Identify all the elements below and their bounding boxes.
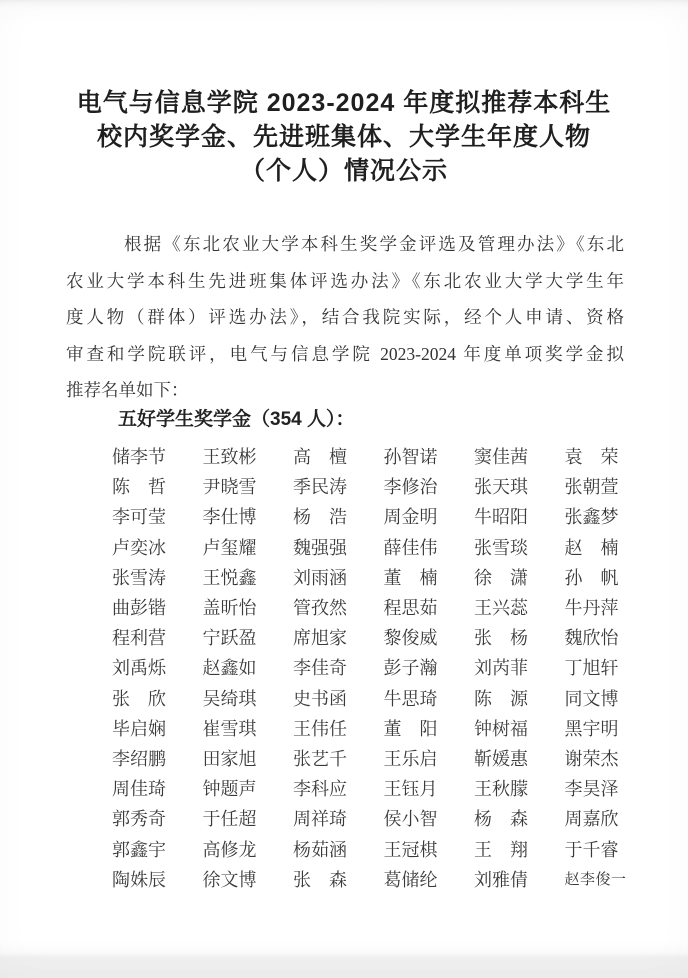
- student-name: 张雪琰: [474, 534, 528, 560]
- student-name: 陈源: [474, 685, 528, 711]
- student-name: 刘雅倩: [474, 866, 528, 892]
- student-name: 窦佳茜: [474, 443, 528, 469]
- name-cell: 李佳奇: [293, 654, 384, 680]
- name-cell: 杨浩: [293, 503, 384, 529]
- student-name: 张艺千: [293, 745, 347, 771]
- student-name: 曲彭锴: [112, 594, 166, 620]
- name-row: 李绍鹏田家旭张艺千王乐启靳媛惠谢荣杰: [112, 743, 658, 773]
- name-cell: 周嘉欣: [565, 805, 656, 831]
- name-cell: 钟题声: [203, 775, 294, 801]
- name-row: 周佳琦钟题声李科应王钰月王秋朦李昊泽: [112, 773, 658, 803]
- student-name: 田家旭: [203, 745, 257, 771]
- student-name: 张欣: [112, 685, 166, 711]
- name-cell: 陈源: [474, 685, 565, 711]
- document-photo-page: 电气与信息学院 2023-2024 年度拟推荐本科生 校内奖学金、先进班集体、大…: [0, 0, 688, 978]
- names-table: 储李节王致彬高檀孙智诺窦佳茜袁荣陈哲尹晓雪季民涛李修治张天琪张朝萱李可莹李仕博杨…: [112, 441, 658, 894]
- name-cell: 尹晓雪: [203, 473, 294, 499]
- name-cell: 郭秀奇: [112, 805, 203, 831]
- student-name: 牛丹萍: [565, 594, 619, 620]
- student-name: 张森: [293, 866, 347, 892]
- name-cell: 刘雨涵: [293, 564, 384, 590]
- student-name: 王致彬: [203, 443, 257, 469]
- student-name: 王冠棋: [384, 836, 438, 862]
- name-cell: 刘禹烁: [112, 654, 203, 680]
- name-cell: 葛储纶: [384, 866, 475, 892]
- announcement-paragraph: 根据《东北农业大学本科生奖学金评选及管理办法》《东北 农业大学本科生先进班集体评…: [66, 226, 624, 409]
- student-name: 王翔: [474, 836, 528, 862]
- name-row: 储李节王致彬高檀孙智诺窦佳茜袁荣: [112, 441, 658, 471]
- student-name: 周金明: [384, 503, 438, 529]
- student-name: 谢荣杰: [565, 745, 619, 771]
- student-name: 管孜然: [293, 594, 347, 620]
- name-cell: 李修治: [384, 473, 475, 499]
- student-name: 杨森: [474, 805, 528, 831]
- name-cell: 席旭家: [293, 624, 384, 650]
- name-cell: 侯小智: [384, 805, 475, 831]
- student-name: 王乐启: [384, 745, 438, 771]
- paragraph-line-3: 度人物（群体）评选办法》，结合我院实际，经个人申请、资格: [66, 299, 624, 336]
- name-cell: 王秋朦: [474, 775, 565, 801]
- student-name: 程思茹: [384, 594, 438, 620]
- student-name: 李绍鹏: [112, 745, 166, 771]
- name-cell: 刘雅倩: [474, 866, 565, 892]
- student-name: 李科应: [293, 775, 347, 801]
- name-row: 卢奕冰卢玺耀魏强强薛佳伟张雪琰赵楠: [112, 532, 658, 562]
- name-cell: 薛佳伟: [384, 534, 475, 560]
- student-name: 高修龙: [203, 836, 257, 862]
- student-name: 刘禹烁: [112, 654, 166, 680]
- name-cell: 袁荣: [565, 443, 656, 469]
- name-row: 陶姝辰徐文博张森葛储纶刘雅倩赵李俊一: [112, 864, 658, 894]
- name-cell: 张森: [293, 866, 384, 892]
- name-cell: 王钰月: [384, 775, 475, 801]
- name-cell: 张杨: [474, 624, 565, 650]
- name-row: 张雪涛王悦鑫刘雨涵董楠徐潇孙帆: [112, 562, 658, 592]
- name-cell: 黎俊威: [384, 624, 475, 650]
- name-cell: 赵李俊一: [565, 868, 656, 889]
- student-name: 张雪涛: [112, 564, 166, 590]
- student-name: 董楠: [384, 564, 438, 590]
- name-cell: 卢玺耀: [203, 534, 294, 560]
- name-cell: 宁跃盈: [203, 624, 294, 650]
- student-name: 卢奕冰: [112, 534, 166, 560]
- name-cell: 丁旭轩: [565, 654, 656, 680]
- student-name: 彭子瀚: [384, 654, 438, 680]
- student-name: 魏欣怡: [565, 624, 619, 650]
- student-name: 袁荣: [565, 443, 619, 469]
- name-cell: 窦佳茜: [474, 443, 565, 469]
- name-cell: 张雪琰: [474, 534, 565, 560]
- student-name: 侯小智: [384, 805, 438, 831]
- student-name: 王钰月: [384, 775, 438, 801]
- name-cell: 牛昭阳: [474, 503, 565, 529]
- student-name: 孙帆: [565, 564, 619, 590]
- student-name: 王悦鑫: [203, 564, 257, 590]
- name-cell: 王伟任: [293, 715, 384, 741]
- name-row: 程利营宁跃盈席旭家黎俊威张杨魏欣怡: [112, 622, 658, 652]
- name-cell: 程利营: [112, 624, 203, 650]
- name-cell: 董阳: [384, 715, 475, 741]
- name-cell: 张朝萱: [565, 473, 656, 499]
- name-row: 李可莹李仕博杨浩周金明牛昭阳张鑫梦: [112, 501, 658, 531]
- student-name: 丁旭轩: [565, 654, 619, 680]
- student-name: 郭秀奇: [112, 805, 166, 831]
- name-cell: 杨茹涵: [293, 836, 384, 862]
- student-name: 李昊泽: [565, 775, 619, 801]
- name-cell: 高檀: [293, 443, 384, 469]
- student-name: 牛昭阳: [474, 503, 528, 529]
- student-name: 葛储纶: [384, 866, 438, 892]
- student-name: 陈哲: [112, 473, 166, 499]
- student-name: 黎俊威: [384, 624, 438, 650]
- paragraph-line-2: 农业大学本科生先进班集体评选办法》《东北农业大学大学生年: [66, 263, 624, 300]
- student-name: 史书函: [293, 685, 347, 711]
- student-name: 黑宇明: [565, 715, 619, 741]
- name-row: 刘禹烁赵鑫如李佳奇彭子瀚刘芮菲丁旭轩: [112, 652, 658, 682]
- name-cell: 吴绮琪: [203, 685, 294, 711]
- student-name: 同文博: [565, 685, 619, 711]
- name-cell: 董楠: [384, 564, 475, 590]
- student-name: 赵李俊一: [565, 868, 627, 889]
- name-cell: 季民涛: [293, 473, 384, 499]
- name-row: 毕启娴崔雪琪王伟任董阳钟树福黑宇明: [112, 713, 658, 743]
- name-cell: 李昊泽: [565, 775, 656, 801]
- name-cell: 管孜然: [293, 594, 384, 620]
- name-cell: 周佳琦: [112, 775, 203, 801]
- student-name: 周祥琦: [293, 805, 347, 831]
- student-name: 卢玺耀: [203, 534, 257, 560]
- student-name: 张鑫梦: [565, 503, 619, 529]
- student-name: 刘雨涵: [293, 564, 347, 590]
- student-name: 周嘉欣: [565, 805, 619, 831]
- name-cell: 崔雪琪: [203, 715, 294, 741]
- student-name: 崔雪琪: [203, 715, 257, 741]
- name-cell: 魏欣怡: [565, 624, 656, 650]
- student-name: 季民涛: [293, 473, 347, 499]
- name-cell: 徐文博: [203, 866, 294, 892]
- section-heading: 五好学生奖学金（354 人）：: [118, 404, 354, 431]
- name-cell: 靳媛惠: [474, 745, 565, 771]
- name-cell: 李绍鹏: [112, 745, 203, 771]
- name-cell: 张天琪: [474, 473, 565, 499]
- student-name: 薛佳伟: [384, 534, 438, 560]
- name-cell: 王兴蕊: [474, 594, 565, 620]
- student-name: 王秋朦: [474, 775, 528, 801]
- name-cell: 张雪涛: [112, 564, 203, 590]
- document-title: 电气与信息学院 2023-2024 年度拟推荐本科生 校内奖学金、先进班集体、大…: [40, 86, 648, 188]
- name-cell: 李仕博: [203, 503, 294, 529]
- student-name: 程利营: [112, 624, 166, 650]
- name-cell: 杨森: [474, 805, 565, 831]
- student-name: 储李节: [112, 443, 166, 469]
- student-name: 张杨: [474, 624, 528, 650]
- name-row: 郭秀奇于任超周祥琦侯小智杨森周嘉欣: [112, 803, 658, 833]
- student-name: 李修治: [384, 473, 438, 499]
- name-cell: 牛丹萍: [565, 594, 656, 620]
- name-cell: 王悦鑫: [203, 564, 294, 590]
- student-name: 于千睿: [565, 836, 619, 862]
- student-name: 盖昕怡: [203, 594, 257, 620]
- student-name: 钟树福: [474, 715, 528, 741]
- name-cell: 赵楠: [565, 534, 656, 560]
- name-cell: 陈哲: [112, 473, 203, 499]
- name-cell: 卢奕冰: [112, 534, 203, 560]
- name-cell: 毕启娴: [112, 715, 203, 741]
- name-cell: 王冠棋: [384, 836, 475, 862]
- student-name: 钟题声: [203, 775, 257, 801]
- student-name: 李可莹: [112, 503, 166, 529]
- student-name: 郭鑫宇: [112, 836, 166, 862]
- name-cell: 周金明: [384, 503, 475, 529]
- name-cell: 高修龙: [203, 836, 294, 862]
- student-name: 徐文博: [203, 866, 257, 892]
- name-row: 郭鑫宇高修龙杨茹涵王冠棋王翔于千睿: [112, 833, 658, 863]
- name-cell: 于任超: [203, 805, 294, 831]
- name-cell: 谢荣杰: [565, 745, 656, 771]
- student-name: 李佳奇: [293, 654, 347, 680]
- student-name: 杨茹涵: [293, 836, 347, 862]
- student-name: 高檀: [293, 443, 347, 469]
- name-cell: 李可莹: [112, 503, 203, 529]
- name-row: 陈哲尹晓雪季民涛李修治张天琪张朝萱: [112, 471, 658, 501]
- name-cell: 刘芮菲: [474, 654, 565, 680]
- name-cell: 赵鑫如: [203, 654, 294, 680]
- name-cell: 储李节: [112, 443, 203, 469]
- name-cell: 张鑫梦: [565, 503, 656, 529]
- name-row: 曲彭锴盖昕怡管孜然程思茹王兴蕊牛丹萍: [112, 592, 658, 622]
- name-cell: 钟树福: [474, 715, 565, 741]
- student-name: 杨浩: [293, 503, 347, 529]
- student-name: 牛思琦: [384, 685, 438, 711]
- name-cell: 徐潇: [474, 564, 565, 590]
- student-name: 宁跃盈: [203, 624, 257, 650]
- name-cell: 彭子瀚: [384, 654, 475, 680]
- name-cell: 程思茹: [384, 594, 475, 620]
- student-name: 毕启娴: [112, 715, 166, 741]
- student-name: 赵楠: [565, 534, 619, 560]
- name-cell: 陶姝辰: [112, 866, 203, 892]
- student-name: 吴绮琪: [203, 685, 257, 711]
- name-cell: 田家旭: [203, 745, 294, 771]
- name-cell: 周祥琦: [293, 805, 384, 831]
- student-name: 董阳: [384, 715, 438, 741]
- student-name: 周佳琦: [112, 775, 166, 801]
- name-cell: 张艺千: [293, 745, 384, 771]
- student-name: 王兴蕊: [474, 594, 528, 620]
- name-cell: 史书函: [293, 685, 384, 711]
- student-name: 魏强强: [293, 534, 347, 560]
- title-line-1: 电气与信息学院 2023-2024 年度拟推荐本科生: [40, 86, 648, 120]
- student-name: 王伟任: [293, 715, 347, 741]
- student-name: 张朝萱: [565, 473, 619, 499]
- name-cell: 孙智诺: [384, 443, 475, 469]
- name-cell: 黑宇明: [565, 715, 656, 741]
- student-name: 孙智诺: [384, 443, 438, 469]
- paragraph-line-1: 根据《东北农业大学本科生奖学金评选及管理办法》《东北: [66, 226, 624, 263]
- name-cell: 同文博: [565, 685, 656, 711]
- name-cell: 张欣: [112, 685, 203, 711]
- paragraph-line-4: 审查和学院联评，电气与信息学院 2023-2024 年度单项奖学金拟: [66, 336, 624, 373]
- name-cell: 李科应: [293, 775, 384, 801]
- title-line-2: 校内奖学金、先进班集体、大学生年度人物: [40, 120, 648, 154]
- name-cell: 王翔: [474, 836, 565, 862]
- name-cell: 孙帆: [565, 564, 656, 590]
- student-name: 徐潇: [474, 564, 528, 590]
- title-line-3: （个人）情况公示: [40, 154, 648, 188]
- name-cell: 魏强强: [293, 534, 384, 560]
- student-name: 刘芮菲: [474, 654, 528, 680]
- student-name: 张天琪: [474, 473, 528, 499]
- name-cell: 于千睿: [565, 836, 656, 862]
- student-name: 李仕博: [203, 503, 257, 529]
- name-cell: 牛思琦: [384, 685, 475, 711]
- student-name: 席旭家: [293, 624, 347, 650]
- name-cell: 盖昕怡: [203, 594, 294, 620]
- name-cell: 王乐启: [384, 745, 475, 771]
- student-name: 赵鑫如: [203, 654, 257, 680]
- student-name: 靳媛惠: [474, 745, 528, 771]
- name-cell: 曲彭锴: [112, 594, 203, 620]
- name-cell: 郭鑫宇: [112, 836, 203, 862]
- student-name: 尹晓雪: [203, 473, 257, 499]
- student-name: 陶姝辰: [112, 866, 166, 892]
- student-name: 于任超: [203, 805, 257, 831]
- name-cell: 王致彬: [203, 443, 294, 469]
- name-row: 张欣吴绮琪史书函牛思琦陈源同文博: [112, 683, 658, 713]
